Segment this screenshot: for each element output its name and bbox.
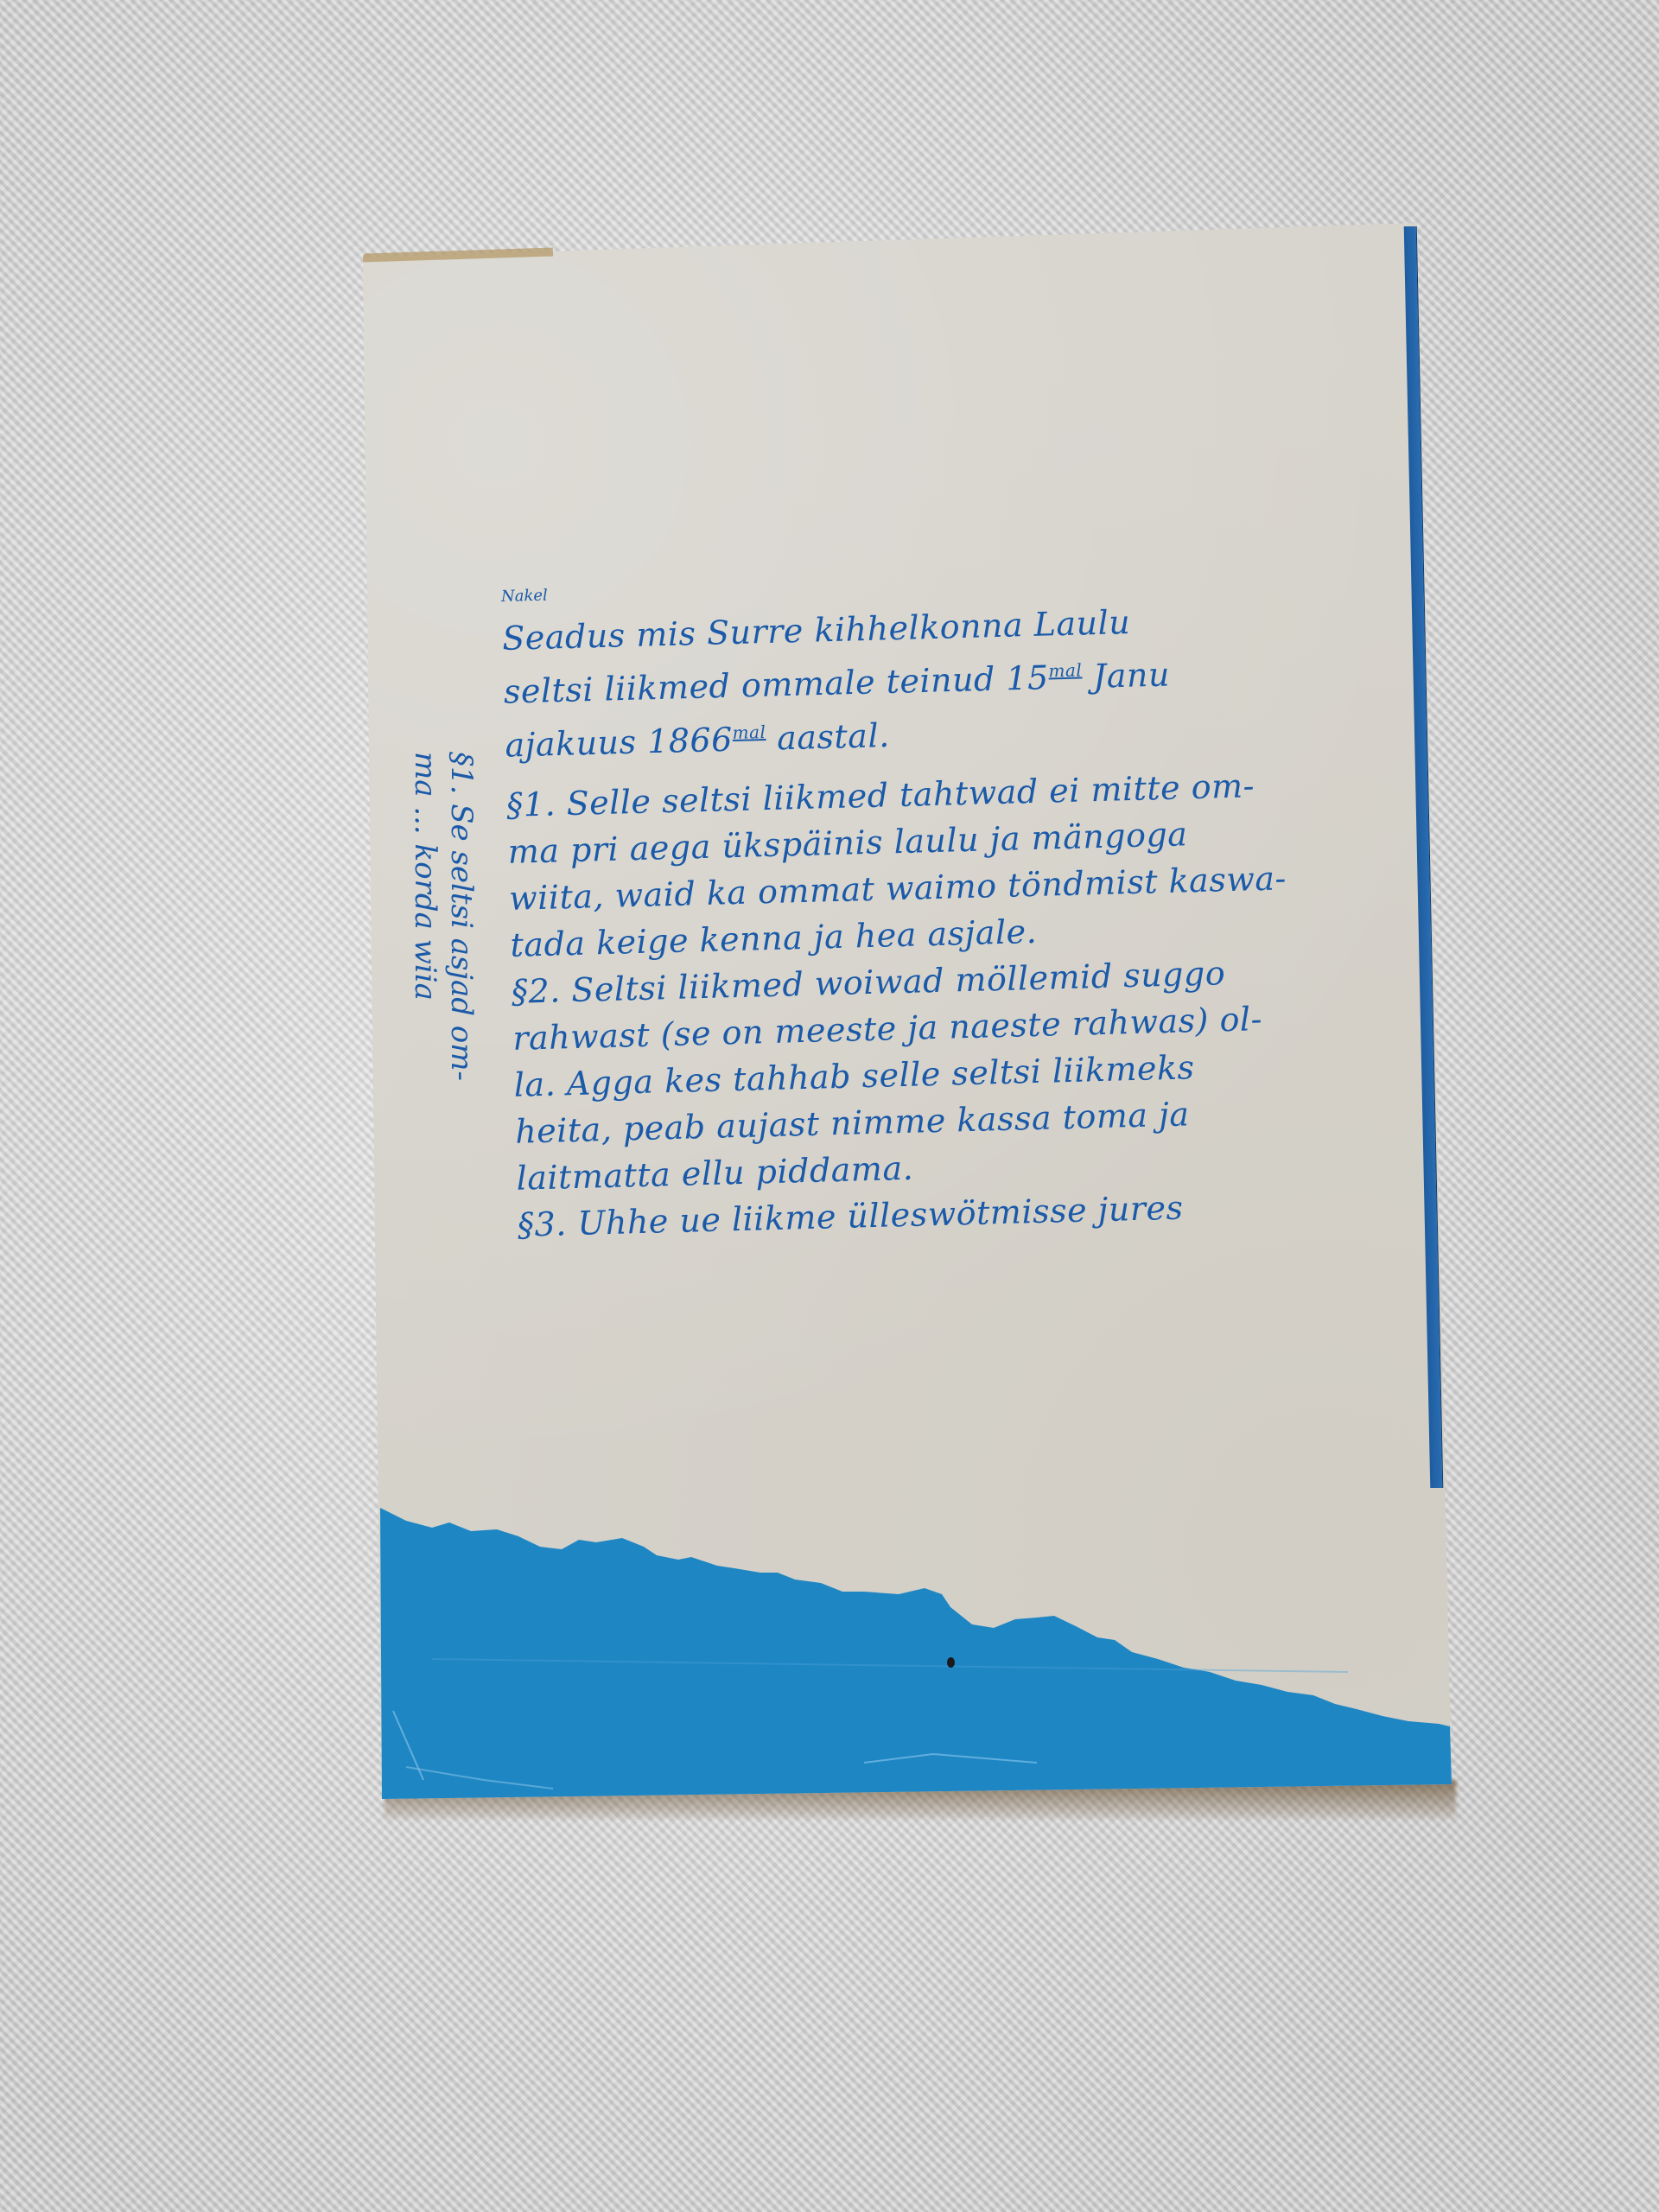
booklet: Nakel Seadus mis Surre kihhelkonna Laulu… xyxy=(0,0,1659,2212)
header-note: Nakel xyxy=(501,587,548,606)
vertical-margin-note: §1. Se seltsi asjad om- ma ... korda wii… xyxy=(407,752,480,1081)
handwritten-manuscript: Nakel Seadus mis Surre kihhelkonna Laulu… xyxy=(501,575,1321,1249)
punch-hole xyxy=(947,1657,955,1668)
